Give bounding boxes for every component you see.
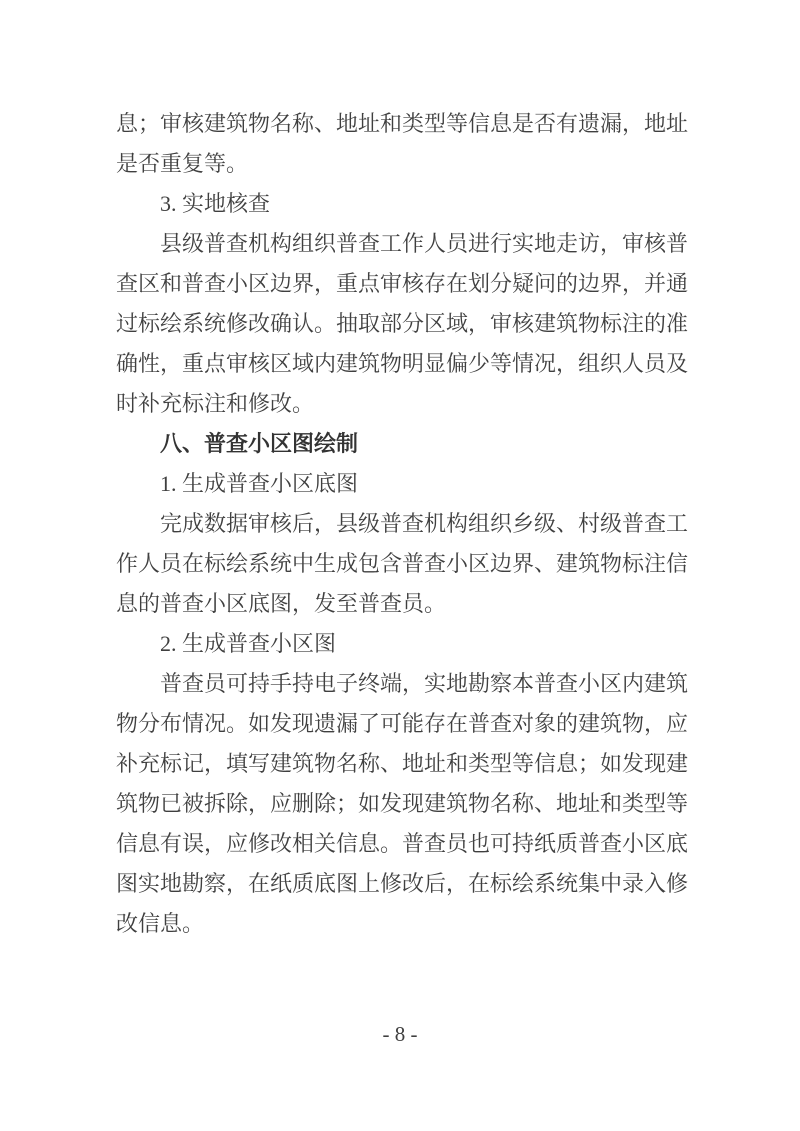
section-heading-8: 八、普查小区图绘制 [116,424,688,464]
paragraph-field-verification: 县级普查机构组织普查工作人员进行实地走访，审核普查区和普查小区边界，重点审核存在… [116,224,688,424]
paragraph-continuation: 息；审核建筑物名称、地址和类型等信息是否有遗漏，地址是否重复等。 [116,104,688,184]
numbered-item-2-generate-survey-map: 2. 生成普查小区图 [116,624,688,664]
paragraph-generate-base-map: 完成数据审核后，县级普查机构组织乡级、村级普查工作人员在标绘系统中生成包含普查小… [116,504,688,624]
page-number: - 8 - [0,1020,800,1048]
paragraph-generate-survey-map: 普查员可持手持电子终端，实地勘察本普查小区内建筑物分布情况。如发现遗漏了可能存在… [116,664,688,944]
numbered-item-3-field-verification: 3. 实地核查 [116,184,688,224]
document-page: 息；审核建筑物名称、地址和类型等信息是否有遗漏，地址是否重复等。 3. 实地核查… [0,0,800,1131]
numbered-item-1-generate-base-map: 1. 生成普查小区底图 [116,464,688,504]
document-text-block: 息；审核建筑物名称、地址和类型等信息是否有遗漏，地址是否重复等。 3. 实地核查… [116,104,688,944]
